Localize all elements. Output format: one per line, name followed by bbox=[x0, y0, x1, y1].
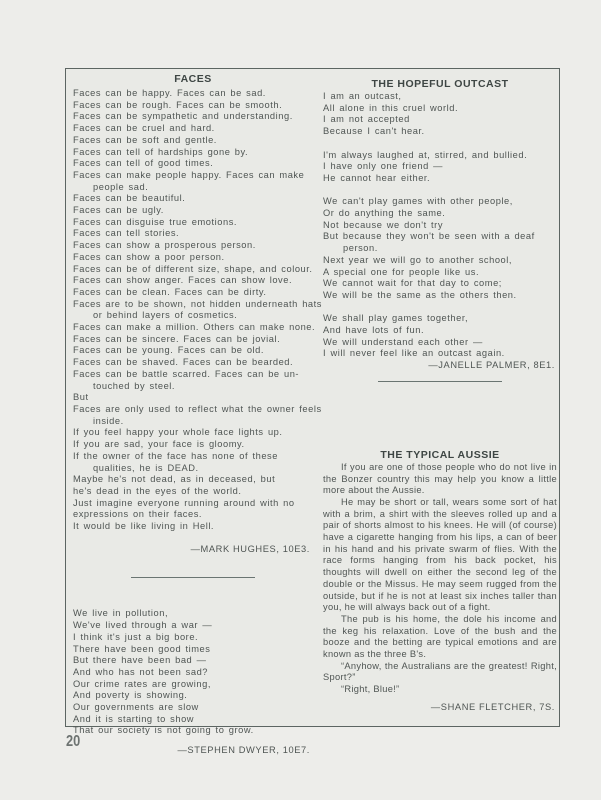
article-frame: FACES Faces can be happy. Faces can be s… bbox=[65, 68, 560, 727]
poem-line: But there have been bad — bbox=[73, 655, 313, 667]
poem-line: Faces can be clean. Faces can be dirty. bbox=[73, 287, 313, 299]
poem-line: Faces can be rough. Faces can be smooth. bbox=[73, 100, 313, 112]
typical-aussie-author: —SHANE FLETCHER, 7S. bbox=[323, 702, 557, 714]
poem-line: He cannot hear either. bbox=[323, 173, 557, 185]
poem-line: qualities, he is DEAD. bbox=[73, 463, 313, 475]
poem-line: If the owner of the face has none of the… bbox=[73, 451, 313, 463]
poem-line: Faces can make people happy. Faces can m… bbox=[73, 170, 313, 182]
stanza-break bbox=[323, 138, 557, 150]
poem-line: I am not accepted bbox=[323, 114, 557, 126]
poem-line: I will never feel like an outcast again. bbox=[323, 348, 557, 360]
poem-line: I have only one friend — bbox=[323, 161, 557, 173]
poem-line: I think it's just a big bore. bbox=[73, 632, 313, 644]
poem-line: Faces are to be shown, not hidden undern… bbox=[73, 299, 313, 311]
poem-line: or behind layers of cosmetics. bbox=[73, 310, 313, 322]
hopeful-outcast-author: —JANELLE PALMER, 8E1. bbox=[323, 360, 557, 372]
pollution-poem: We live in pollution,We've lived through… bbox=[73, 608, 313, 737]
poem-line: We can't play games with other people, bbox=[323, 196, 557, 208]
poem-line: Faces can be soft and gentle. bbox=[73, 135, 313, 147]
pollution-author: —STEPHEN DWYER, 10E7. bbox=[73, 745, 313, 757]
poem-line: We cannot wait for that day to come; bbox=[323, 278, 557, 290]
poem-line: And poverty is showing. bbox=[73, 690, 313, 702]
poem-line: Faces can tell stories. bbox=[73, 228, 313, 240]
poem-line: And it is starting to show bbox=[73, 714, 313, 726]
poem-line: people sad. bbox=[73, 182, 313, 194]
hopeful-outcast-poem: I am an outcast,All alone in this cruel … bbox=[323, 91, 557, 360]
poem-line: Faces can disguise true emotions. bbox=[73, 217, 313, 229]
poem-line: That our society is not going to grow. bbox=[73, 725, 313, 737]
article-paragraph: “Anyhow, the Australians are the greates… bbox=[323, 661, 557, 684]
poem-line: But bbox=[73, 392, 313, 404]
poem-line: We live in pollution, bbox=[73, 608, 313, 620]
article-paragraph: If you are one of those people who do no… bbox=[323, 462, 557, 497]
poem-line: Faces can tell of hardships gone by. bbox=[73, 147, 313, 159]
poem-line: A special one for people like us. bbox=[323, 267, 557, 279]
faces-poem: Faces can be happy. Faces can be sad.Fac… bbox=[73, 88, 313, 533]
hopeful-outcast-title: THE HOPEFUL OUTCAST bbox=[323, 78, 557, 90]
poem-line: touched by steel. bbox=[73, 381, 313, 393]
poem-line: Faces can be shaved. Faces can be bearde… bbox=[73, 357, 313, 369]
poem-line: Our crime rates are growing, bbox=[73, 679, 313, 691]
poem-line: Maybe he's not dead, as in deceased, but bbox=[73, 474, 313, 486]
poem-line: It would be like living in Hell. bbox=[73, 521, 313, 533]
stanza-break bbox=[323, 185, 557, 197]
poem-line: Or do anything the same. bbox=[323, 208, 557, 220]
poem-line: Faces can be sincere. Faces can be jovia… bbox=[73, 334, 313, 346]
poem-line: Our governments are slow bbox=[73, 702, 313, 714]
poem-line: Faces can show anger. Faces can show lov… bbox=[73, 275, 313, 287]
poem-line: All alone in this cruel world. bbox=[323, 103, 557, 115]
poem-line: I am an outcast, bbox=[323, 91, 557, 103]
poem-line: But because they won't be seen with a de… bbox=[323, 231, 557, 243]
right-column: THE HOPEFUL OUTCAST I am an outcast,All … bbox=[323, 69, 557, 714]
poem-line: Faces can tell of good times. bbox=[73, 158, 313, 170]
poem-line: Faces can be of different size, shape, a… bbox=[73, 264, 313, 276]
page-number: 20 bbox=[66, 733, 80, 751]
poem-line: And who has not been sad? bbox=[73, 667, 313, 679]
article-paragraph: The pub is his home, the dole his income… bbox=[323, 614, 557, 661]
poem-line: We shall play games together, bbox=[323, 313, 557, 325]
section-divider bbox=[378, 381, 502, 382]
poem-line: Faces can show a prosperous person. bbox=[73, 240, 313, 252]
poem-line: Next year we will go to another school, bbox=[323, 255, 557, 267]
poem-line: Because I can't hear. bbox=[323, 126, 557, 138]
poem-line: person. bbox=[323, 243, 557, 255]
poem-line: inside. bbox=[73, 416, 313, 428]
poem-line: Faces can be happy. Faces can be sad. bbox=[73, 88, 313, 100]
poem-line: There have been good times bbox=[73, 644, 313, 656]
typical-aussie-article: If you are one of those people who do no… bbox=[323, 462, 557, 696]
poem-line: We will understand each other — bbox=[323, 337, 557, 349]
poem-line: We've lived through a war — bbox=[73, 620, 313, 632]
poem-line: Faces can be beautiful. bbox=[73, 193, 313, 205]
poem-line: Faces can show a poor person. bbox=[73, 252, 313, 264]
section-divider bbox=[131, 577, 255, 578]
article-paragraph: “Right, Blue!” bbox=[323, 684, 557, 696]
poem-line: If you feel happy your whole face lights… bbox=[73, 427, 313, 439]
faces-title: FACES bbox=[73, 73, 313, 85]
poem-line: And have lots of fun. bbox=[323, 325, 557, 337]
poem-line: We will be the same as the others then. bbox=[323, 290, 557, 302]
poem-line: Faces can be battle scarred. Faces can b… bbox=[73, 369, 313, 381]
stanza-break bbox=[323, 302, 557, 314]
poem-line: he's dead in the eyes of the world. bbox=[73, 486, 313, 498]
article-paragraph: He may be short or tall, wears some sort… bbox=[323, 497, 557, 614]
poem-line: Faces are only used to reflect what the … bbox=[73, 404, 313, 416]
poem-line: Faces can be ugly. bbox=[73, 205, 313, 217]
poem-line: I'm always laughed at, stirred, and bull… bbox=[323, 150, 557, 162]
poem-line: Faces can be sympathetic and understandi… bbox=[73, 111, 313, 123]
faces-author: —MARK HUGHES, 10E3. bbox=[73, 544, 313, 556]
poem-line: If you are sad, your face is gloomy. bbox=[73, 439, 313, 451]
poem-line: Faces can be cruel and hard. bbox=[73, 123, 313, 135]
poem-line: expressions on their faces. bbox=[73, 509, 313, 521]
poem-line: Faces can be young. Faces can be old. bbox=[73, 345, 313, 357]
poem-line: Just imagine everyone running around wit… bbox=[73, 498, 313, 510]
poem-line: Not because we don't try bbox=[323, 220, 557, 232]
left-column: FACES Faces can be happy. Faces can be s… bbox=[73, 69, 313, 757]
typical-aussie-title: THE TYPICAL AUSSIE bbox=[323, 449, 557, 461]
poem-line: Faces can make a million. Others can mak… bbox=[73, 322, 313, 334]
